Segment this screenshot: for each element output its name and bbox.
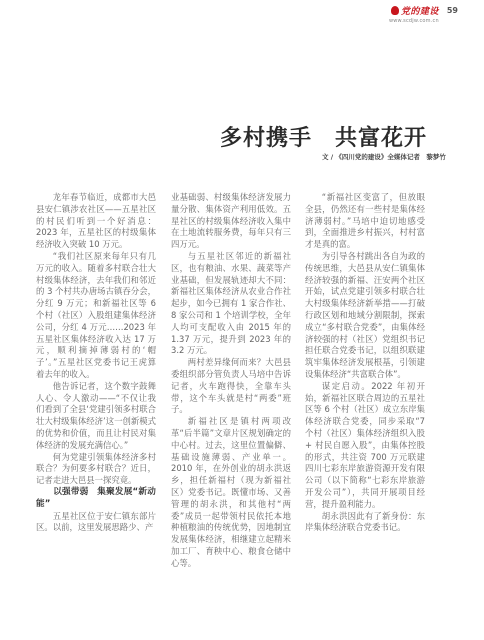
byline: 文 / 《四川党的建设》全媒体记者 黎梦竹 <box>322 152 446 161</box>
logo-mark-icon <box>391 6 399 15</box>
paragraph: 与五星社区邻近的新福社区，也有粮油、水果、蔬菜等产业基础，但发展轨迹却大不同：新… <box>171 251 291 357</box>
magazine-brand: 党的建设 www.scdjw.com.cn <box>389 4 439 24</box>
logo: 党的建设 <box>391 4 439 17</box>
section-subheading: 以强带弱 集聚发展“新动能” <box>36 487 156 511</box>
paragraph: “新福社区变富了，但放眼全县，仍然还有一些村是集体经济薄弱村。”马培中迫切地感受… <box>305 192 425 251</box>
paragraph-continued: 业基础弱、村级集体经济发展力量分散、集体资产利用低效。五星社区的村级集体经济收入… <box>171 192 291 251</box>
page-header: 党的建设 www.scdjw.com.cn 59 <box>389 4 458 24</box>
paragraph: 五星社区位于安仁镇东部片区。以前，这里发展思路少、产 <box>36 511 156 535</box>
paragraph: 胡永洪因此有了新身份：东岸集体经济联合党委书记。 <box>305 511 425 535</box>
paragraph: 他告诉记者，这个数字鼓舞人心、令人激动——“不仅让我们看到了全县‘党建引领多村联… <box>36 381 156 452</box>
paragraph: 龙年春节临近，成都市大邑县安仁镇涉农社区——五星社区的村民们听到一个好消息：20… <box>36 192 156 251</box>
column-1: 龙年春节临近，成都市大邑县安仁镇涉农社区——五星社区的村民们听到一个好消息：20… <box>36 192 156 534</box>
column-3: “新福社区变富了，但放眼全县，仍然还有一些村是集体经济薄弱村。”马培中迫切地感受… <box>305 192 425 534</box>
paragraph: 谋定启动。2022 年初开始，新福社区联合周边的五星社区等 6 个村（社区）成立… <box>305 381 425 511</box>
paragraph: 两村差异缘何而来？大邑县委组织部分管负责人马培中告诉记者，火车跑得快，全靠车头带… <box>171 357 291 416</box>
article-title: 多村携手 共富花开 <box>220 121 427 152</box>
website-url: www.scdjw.com.cn <box>389 18 439 24</box>
page-number: 59 <box>447 6 458 15</box>
paragraph: “我们社区原来每年只有几万元的收入。随着多村联合壮大村级集体经济，去年我们和邻近… <box>36 251 156 381</box>
paragraph: 新福社区是镇村两项改革“后半篇”文章片区规划确定的中心村。过去，这里位置偏僻、基… <box>171 416 291 569</box>
column-2: 业基础弱、村级集体经济发展力量分散、集体资产利用低效。五星社区的村级集体经济收入… <box>171 192 291 570</box>
paragraph: 何为党建引领集体经济多村联合？为何要多村联合？近日，记者走进大邑县一探究竟。 <box>36 452 156 487</box>
paragraph: 为引导各村跳出各自为政的传统思维，大邑县从安仁镇集体经济较强的新福、汪安两个社区… <box>305 251 425 381</box>
logo-text: 党的建设 <box>401 4 439 17</box>
